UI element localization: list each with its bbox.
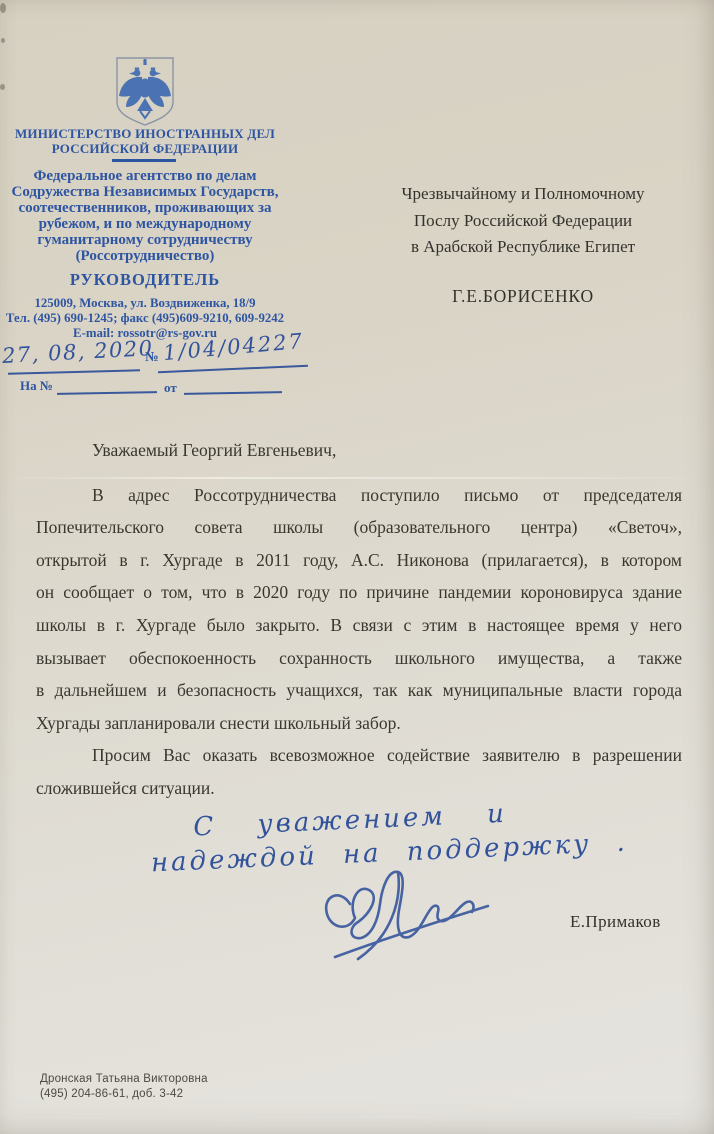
- role-title: РУКОВОДИТЕЛЬ: [0, 270, 306, 290]
- russia-coat-of-arms-icon: [114, 56, 176, 128]
- paper-speck: [0, 84, 5, 90]
- body-line: В адрес Россотрудничества поступило пись…: [36, 479, 682, 512]
- body-line: открытой в г. Хургаде в 2011 году, А.С. …: [36, 544, 682, 577]
- paper-speck: [1, 38, 5, 43]
- salutation: Уважаемый Георгий Евгеньевич,: [36, 434, 682, 467]
- letter-body: Уважаемый Георгий Евгеньевич, В адрес Ро…: [36, 434, 682, 805]
- body-paragraphs: В адрес Россотрудничества поступило пись…: [36, 479, 682, 805]
- addressee-line: Чрезвычайному и Полномочному: [372, 181, 674, 208]
- signer-name: Е.Примаков: [570, 912, 661, 932]
- ministry-heading: МИНИСТЕРСТВО ИНОСТРАННЫХ ДЕЛ РОССИЙСКОЙ …: [0, 126, 304, 156]
- body-line: Попечительского совета школы (образовате…: [36, 511, 682, 544]
- ministry-line1: МИНИСТЕРСТВО ИНОСТРАННЫХ ДЕЛ: [0, 126, 304, 141]
- addressee-line: Послу Российской Федерации: [372, 208, 674, 235]
- paper-speck: [0, 3, 6, 13]
- address-line: 125009, Москва, ул. Воздвиженка, 18/9: [0, 296, 306, 311]
- body-line: Просим Вас оказать всевозможное содейств…: [36, 739, 682, 772]
- number-sign-label: №: [145, 349, 159, 365]
- agency-line: (Россотрудничество): [0, 248, 306, 264]
- body-line: он сообщает о том, что в 2020 году по пр…: [36, 576, 682, 609]
- ministry-line2: РОССИЙСКОЙ ФЕДЕРАЦИИ: [0, 141, 304, 156]
- body-line: школы в г. Хургаде было закрыто. В связи…: [36, 609, 682, 642]
- reply-number-underline: [57, 391, 157, 394]
- body-line: Хургады запланировали снести школьный за…: [36, 707, 682, 740]
- agency-line: соотечественников, проживающих за: [0, 200, 306, 216]
- addressee-block: Чрезвычайному и Полномочному Послу Росси…: [372, 181, 674, 309]
- reply-to-label: На №: [20, 378, 53, 394]
- addressee-name: Г.Е.БОРИСЕНКО: [372, 283, 674, 310]
- agency-line: Содружества Независимых Государств,: [0, 184, 306, 200]
- signature-scribble: [310, 862, 520, 962]
- reply-from-label: от: [164, 380, 177, 396]
- addressee-line: в Арабской Республике Египет: [372, 234, 674, 261]
- agency-heading: Федеральное агентство по делам Содружест…: [0, 168, 306, 264]
- agency-line: гуманитарному сотрудничеству: [0, 232, 306, 248]
- reply-date-underline: [184, 391, 282, 394]
- executor-name: Дронская Татьяна Викторовна: [40, 1072, 208, 1087]
- body-line: в дальнейшем и безопасность учащихся, та…: [36, 674, 682, 707]
- agency-line: Федеральное агентство по делам: [0, 168, 306, 184]
- date-underline: [8, 369, 140, 374]
- number-underline: [158, 365, 308, 374]
- executor-phone: (495) 204-86-61, доб. 3-42: [40, 1087, 208, 1102]
- body-line: вызывает обеспокоенность сохранность шко…: [36, 642, 682, 675]
- phone-line: Тел. (495) 690-1245; факс (495)609-9210,…: [0, 311, 306, 326]
- executor-block: Дронская Татьяна Викторовна (495) 204-86…: [40, 1072, 208, 1102]
- agency-line: рубежом, и по международному: [0, 216, 306, 232]
- heading-divider: [112, 159, 176, 162]
- letter-scan: МИНИСТЕРСТВО ИНОСТРАННЫХ ДЕЛ РОССИЙСКОЙ …: [0, 0, 714, 1134]
